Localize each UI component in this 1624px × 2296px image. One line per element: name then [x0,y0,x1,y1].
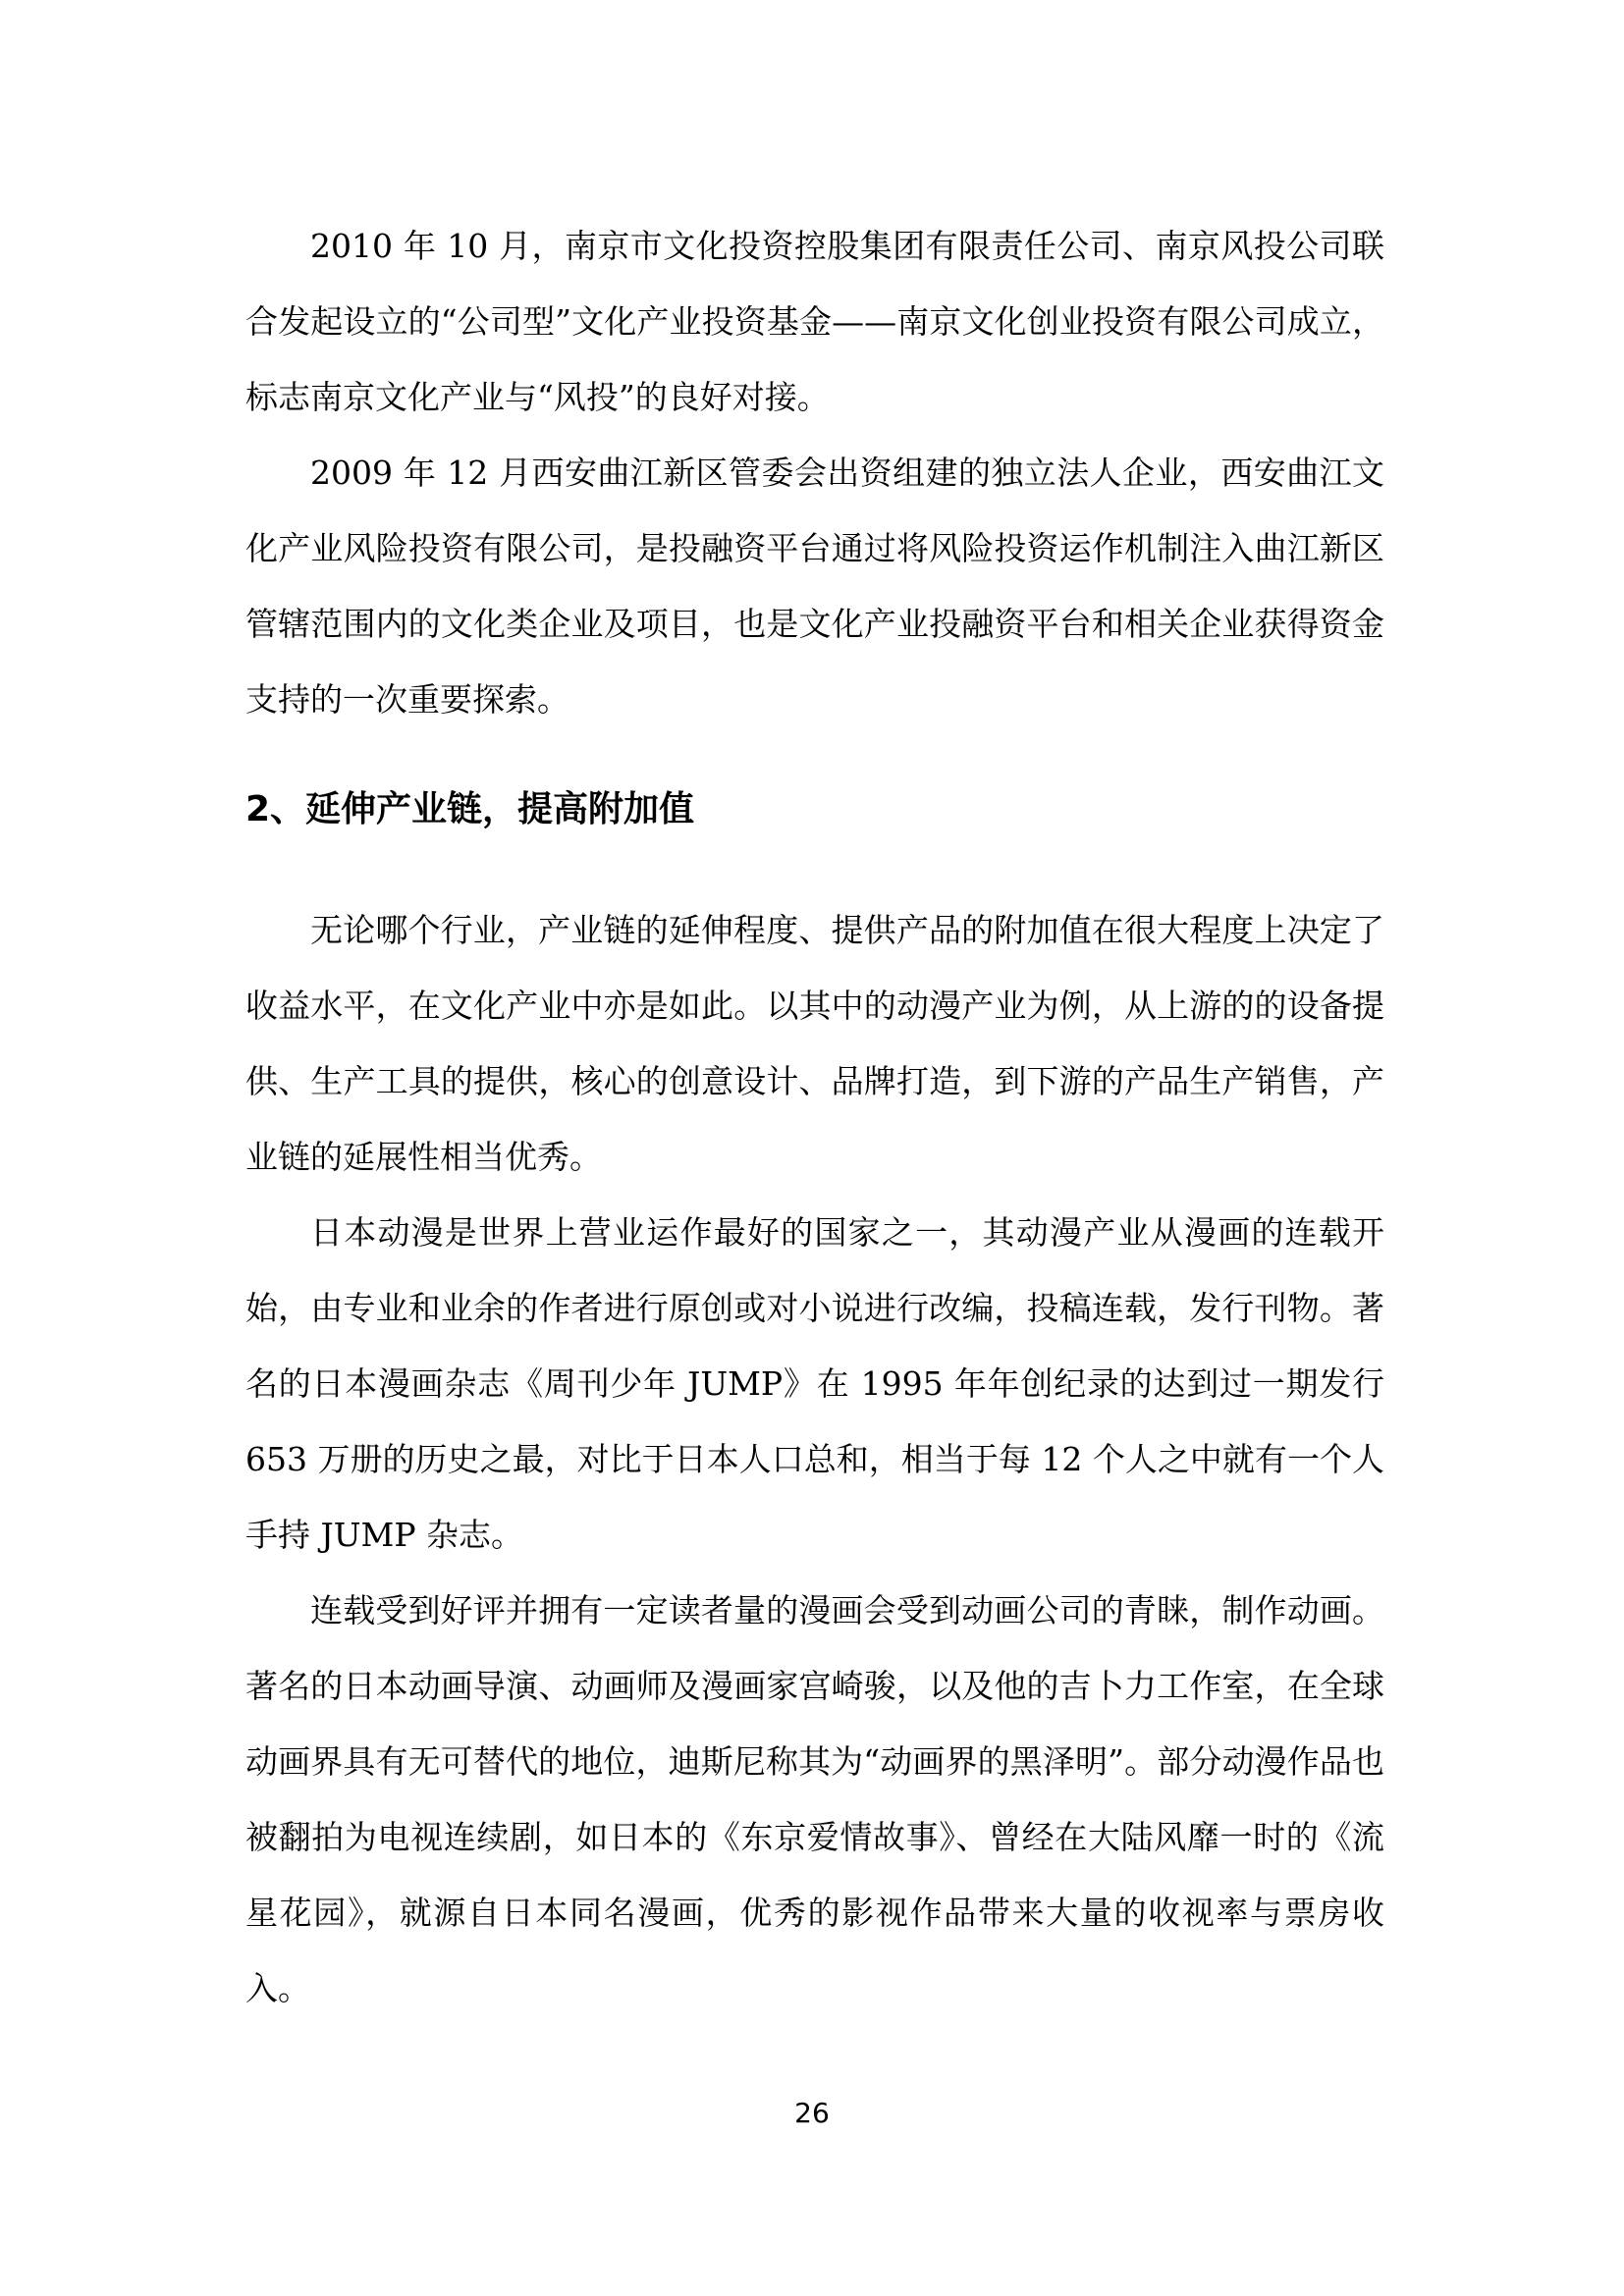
document-page: 2010 年 10 月，南京市文化投资控股集团有限责任公司、南京风投公司联合发起… [0,0,1624,2296]
paragraph-nanjing-fund: 2010 年 10 月，南京市文化投资控股集团有限责任公司、南京风投公司联合发起… [245,208,1384,435]
page-content: 2010 年 10 月，南京市文化投资控股集团有限责任公司、南京风投公司联合发起… [245,208,1384,2026]
paragraph-qujiang-fund: 2009 年 12 月西安曲江新区管委会出资组建的独立法人企业，西安曲江文化产业… [245,435,1384,737]
section-heading: 2、延伸产业链，提高附加值 [245,784,1384,835]
page-number: 26 [794,2097,830,2129]
page-footer: 26 [0,2097,1624,2130]
paragraph-anime-adaptation: 连载受到好评并拥有一定读者量的漫画会受到动画公司的青睐，制作动画。著名的日本动画… [245,1573,1384,2026]
paragraph-industry-chain: 无论哪个行业，产业链的延伸程度、提供产品的附加值在很大程度上决定了收益水平，在文… [245,892,1384,1195]
paragraph-japan-manga: 日本动漫是世界上营业运作最好的国家之一，其动漫产业从漫画的连载开始，由专业和业余… [245,1195,1384,1573]
